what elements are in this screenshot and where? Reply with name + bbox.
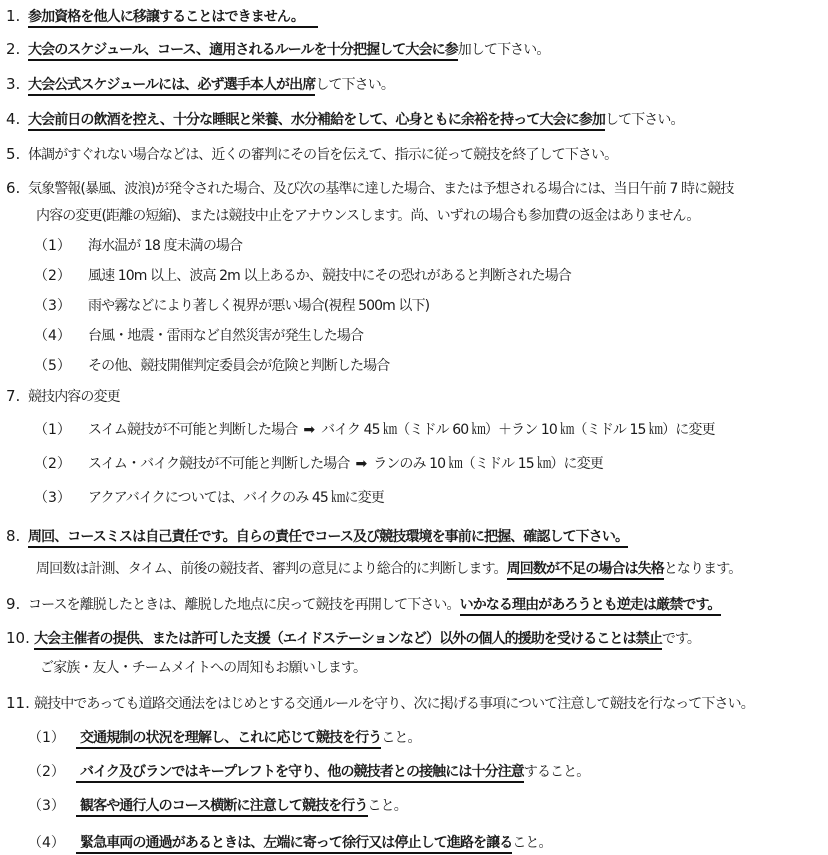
- sub-index: （2）: [34, 267, 88, 285]
- sub-text: 雨や霧などにより著しく視界が悪い場合(視程 500m 以下): [88, 298, 429, 314]
- rule-text: となります。: [664, 561, 741, 577]
- rule-text: 体調がすぐれない場合などは、近くの審判にその旨を伝えて、指示に従って競技を終了し…: [28, 147, 617, 163]
- rule-text: 競技内容の変更: [28, 389, 120, 405]
- rule-text: して下さい。: [605, 112, 684, 128]
- rule-7: 7.競技内容の変更: [0, 387, 120, 406]
- rule-text: 競技中であっても道路交通法をはじめとする交通ルールを守り、次に掲げる事項について…: [34, 696, 754, 712]
- sub-emphasis: 観客や通行人のコース横断に注意して競技を行う: [76, 798, 368, 817]
- arrow-right-icon: ➡: [355, 456, 367, 472]
- rule-emphasis: 参加資格を他人に移譲することはできません。: [28, 9, 318, 28]
- sub-text: こと。: [512, 835, 551, 851]
- rule-text: 気象警報(暴風、波浪)が発令された場合、及び次の基準に達した場合、または予想され…: [28, 181, 733, 197]
- rule-11-sub-4: （4）緊急車両の通過があるときは、左端に寄って徐行又は停止して進路を譲ること。: [28, 834, 552, 852]
- rule-number: 5.: [0, 145, 28, 163]
- rule-6-continued: 内容の変更(距離の短縮)、または競技中止をアナウンスします。尚、いずれの場合も参…: [36, 207, 699, 225]
- sub-index: （1）: [34, 421, 88, 439]
- rule-2: 2.大会のスケジュール、コース、適用されるルールを十分把握して大会に参加して下さ…: [0, 40, 549, 59]
- rule-8: 8.周回、コースミスは自己責任です。自らの責任でコース及び競技環境を事前に把握、…: [0, 527, 628, 546]
- sub-index: （2）: [28, 763, 76, 781]
- rule-6: 6.気象警報(暴風、波浪)が発令された場合、及び次の基準に達した場合、または予想…: [0, 179, 733, 198]
- rule-6-sub-2: （2）風速 10m 以上、波高 2m 以上あるか、競技中にその恐れがあると判断さ…: [34, 267, 571, 285]
- rule-11-sub-3: （3）観客や通行人のコース横断に注意して競技を行うこと。: [28, 797, 407, 815]
- rule-6-sub-5: （5）その他、競技開催判定委員会が危険と判断した場合: [34, 357, 389, 375]
- sub-condition: スイム・バイク競技が不可能と判断した場合: [88, 456, 349, 472]
- sub-emphasis: バイク及びランではキープレフトを守り、他の競技者との接触には十分注意: [76, 764, 524, 783]
- sub-result: ランのみ 10 ㎞（ミドル 15 ㎞）に変更: [373, 456, 603, 472]
- rule-text: 周回数は計測、タイム、前後の競技者、審判の意見により総合的に判断します。: [36, 561, 507, 577]
- rule-number: 7.: [0, 387, 28, 405]
- sub-index: （2）: [34, 455, 88, 473]
- rule-6-sub-1: （1）海水温が 18 度未満の場合: [34, 237, 242, 255]
- rule-number: 6.: [0, 179, 28, 197]
- rule-6-sub-3: （3）雨や霧などにより著しく視界が悪い場合(視程 500m 以下): [34, 297, 429, 315]
- sub-index: （3）: [34, 297, 88, 315]
- rule-emphasis: 大会主催者の提供、または許可した支援（エイドステーションなど）以外の個人的援助を…: [34, 631, 662, 650]
- rule-emphasis: 周回数が不足の場合は失格: [507, 561, 664, 580]
- rule-6-sub-4: （4）台風・地震・雷雨など自然災害が発生した場合: [34, 327, 363, 345]
- rule-text: 加して下さい。: [458, 42, 550, 58]
- rule-1: 1.参加資格を他人に移譲することはできません。: [0, 7, 318, 26]
- sub-result: バイク 45 ㎞（ミドル 60 ㎞）＋ラン 10 ㎞（ミドル 15 ㎞）に変更: [321, 422, 714, 438]
- sub-text: その他、競技開催判定委員会が危険と判断した場合: [88, 358, 389, 374]
- rule-text: です。: [662, 631, 700, 647]
- rule-7-sub-3: （3）アクアバイクについては、バイクのみ 45 ㎞に変更: [34, 489, 384, 507]
- sub-index: （3）: [34, 489, 88, 507]
- rule-10: 10.大会主催者の提供、または許可した支援（エイドステーションなど）以外の個人的…: [0, 629, 700, 648]
- arrow-right-icon: ➡: [303, 422, 315, 438]
- sub-index: （1）: [28, 729, 76, 747]
- sub-text: すること。: [524, 764, 590, 780]
- rule-number: 2.: [0, 40, 28, 58]
- sub-emphasis: 緊急車両の通過があるときは、左端に寄って徐行又は停止して進路を譲る: [76, 835, 512, 854]
- rule-11-sub-1: （1）交通規制の状況を理解し、これに応じて競技を行うこと。: [28, 729, 421, 747]
- rule-8-continued: 周回数は計測、タイム、前後の競技者、審判の意見により総合的に判断します。周回数が…: [36, 560, 741, 578]
- sub-text: 風速 10m 以上、波高 2m 以上あるか、競技中にその恐れがあると判断された場…: [88, 268, 571, 284]
- sub-text: 台風・地震・雷雨など自然災害が発生した場合: [88, 328, 363, 344]
- sub-index: （3）: [28, 797, 76, 815]
- rule-11: 11.競技中であっても道路交通法をはじめとする交通ルールを守り、次に掲げる事項に…: [0, 694, 754, 713]
- rule-text: 内容の変更(距離の短縮)、または競技中止をアナウンスします。尚、いずれの場合も参…: [36, 208, 699, 224]
- sub-index: （4）: [28, 834, 76, 852]
- sub-text: 海水温が 18 度未満の場合: [88, 238, 242, 254]
- sub-condition: アクアバイクについては、バイクのみ 45 ㎞に変更: [88, 490, 384, 506]
- rule-number: 1.: [0, 7, 28, 25]
- rule-10-continued: ご家族・友人・チームメイトへの周知もお願いします。: [40, 659, 366, 677]
- rule-emphasis: いかなる理由があろうとも逆走は厳禁です。: [460, 597, 721, 616]
- rule-emphasis: 大会公式スケジュールには、必ず選手本人が出席: [28, 77, 315, 96]
- rule-number: 3.: [0, 75, 28, 93]
- rule-3: 3.大会公式スケジュールには、必ず選手本人が出席して下さい。: [0, 75, 394, 94]
- sub-condition: スイム競技が不可能と判断した場合: [88, 422, 297, 438]
- sub-text: こと。: [381, 730, 420, 746]
- rule-11-sub-2: （2）バイク及びランではキープレフトを守り、他の競技者との接触には十分注意するこ…: [28, 763, 589, 781]
- rule-number: 11.: [0, 694, 34, 712]
- rule-text: して下さい。: [315, 77, 394, 93]
- sub-index: （1）: [34, 237, 88, 255]
- rule-emphasis: 周回、コースミスは自己責任です。自らの責任でコース及び競技環境を事前に把握、確認…: [28, 529, 628, 548]
- rule-number: 9.: [0, 595, 28, 613]
- rule-text: ご家族・友人・チームメイトへの周知もお願いします。: [40, 660, 366, 676]
- sub-index: （4）: [34, 327, 88, 345]
- rule-text: コースを離脱したときは、離脱した地点に戻って競技を再開して下さい。: [28, 597, 460, 613]
- rule-number: 8.: [0, 527, 28, 545]
- rule-number: 4.: [0, 110, 28, 128]
- rule-5: 5.体調がすぐれない場合などは、近くの審判にその旨を伝えて、指示に従って競技を終…: [0, 145, 617, 164]
- rule-emphasis: 大会のスケジュール、コース、適用されるルールを十分把握して大会に参: [28, 42, 458, 61]
- rule-emphasis: 大会前日の飲酒を控え、十分な睡眠と栄養、水分補給をして、心身ともに余裕を持って大…: [28, 112, 605, 131]
- rule-9: 9.コースを離脱したときは、離脱した地点に戻って競技を再開して下さい。いかなる理…: [0, 595, 721, 614]
- rule-7-sub-1: （1）スイム競技が不可能と判断した場合➡バイク 45 ㎞（ミドル 60 ㎞）＋ラ…: [34, 421, 715, 439]
- sub-index: （5）: [34, 357, 88, 375]
- sub-text: こと。: [368, 798, 407, 814]
- rule-number: 10.: [0, 629, 34, 647]
- rule-4: 4.大会前日の飲酒を控え、十分な睡眠と栄養、水分補給をして、心身ともに余裕を持っ…: [0, 110, 684, 129]
- sub-emphasis: 交通規制の状況を理解し、これに応じて競技を行う: [76, 730, 381, 749]
- rule-7-sub-2: （2）スイム・バイク競技が不可能と判断した場合➡ランのみ 10 ㎞（ミドル 15…: [34, 455, 603, 473]
